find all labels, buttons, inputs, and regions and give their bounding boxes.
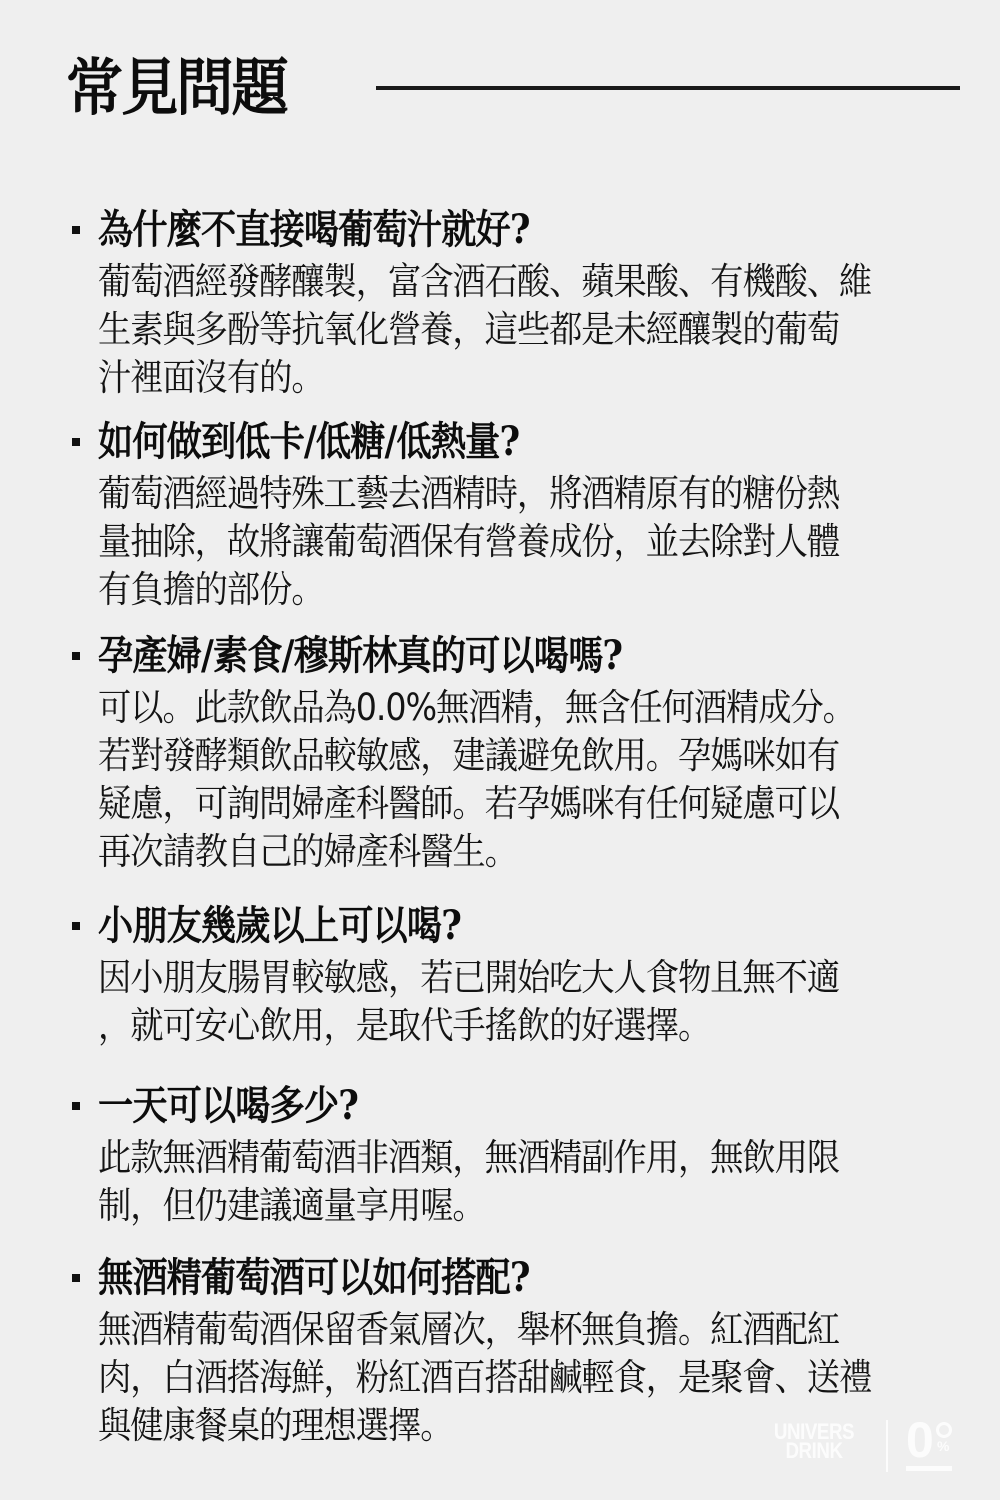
zero-digit: 0 [906, 1412, 934, 1468]
answer-line: 若對發酵類飲品較敏感，建議避免飲用。孕媽咪如有 [98, 732, 856, 780]
faq-answer: 因小朋友腸胃較敏感，若已開始吃大人食物且無不適 ，就可安心飲用，是取代手搖飲的好… [98, 954, 940, 1050]
answer-line: 再次請教自己的婦產科醫生。 [98, 828, 856, 876]
bullet-icon [72, 922, 80, 930]
zero-underline-bar [906, 1466, 952, 1471]
answer-line: 汁裡面沒有的。 [98, 354, 856, 402]
degree-ring-icon [936, 1422, 952, 1438]
page-header: 常見問題 [66, 48, 960, 128]
brand-line-2: DRINK [785, 1441, 842, 1460]
faq-item: 孕產婦/素食/穆斯林真的可以喝嗎? 可以。此款飲品為0.0%無酒精，無含任何酒精… [60, 628, 940, 876]
faq-item: 如何做到低卡/低糖/低熱量? 葡萄酒經過特殊工藝去酒精時，將酒精原有的糖份熱 量… [60, 414, 940, 614]
faq-answer: 葡萄酒經過特殊工藝去酒精時，將酒精原有的糖份熱 量抽除，故將讓葡萄酒保有營養成份… [98, 470, 940, 614]
faq-question-row: 小朋友幾歲以上可以喝? [60, 898, 940, 954]
answer-line: 肉，白酒搭海鮮，粉紅酒百搭甜鹹輕食，是聚會、送禮 [98, 1354, 856, 1402]
faq-answer: 此款無酒精葡萄酒非酒類，無酒精副作用，無飲用限 制，但仍建議適量享用喔。 [98, 1134, 940, 1230]
bullet-icon [72, 438, 80, 446]
answer-line: 此款無酒精葡萄酒非酒類，無酒精副作用，無飲用限 [98, 1134, 856, 1182]
logo-divider [886, 1420, 888, 1472]
brand-tagline-bar [813, 1462, 815, 1470]
faq-question-row: 一天可以喝多少? [60, 1078, 940, 1134]
answer-line: 生素與多酚等抗氧化營養，這些都是未經釀製的葡萄 [98, 306, 856, 354]
answer-line: 疑慮，可詢問婦產科醫師。若孕媽咪有任何疑慮可以 [98, 780, 856, 828]
answer-line: 與健康餐桌的理想選擇。 [98, 1402, 856, 1450]
bullet-icon [72, 1102, 80, 1110]
faq-item: 為什麼不直接喝葡萄汁就好? 葡萄酒經發酵釀製，富含酒石酸、蘋果酸、有機酸、維 生… [60, 202, 940, 402]
faq-question: 小朋友幾歲以上可以喝? [98, 898, 461, 954]
faq-question: 為什麼不直接喝葡萄汁就好? [98, 202, 530, 258]
bullet-icon [72, 226, 80, 234]
zero-percent-icon: 0 % [906, 1418, 956, 1474]
answer-line: 葡萄酒經過特殊工藝去酒精時，將酒精原有的糖份熱 [98, 470, 856, 518]
bullet-icon [72, 652, 80, 660]
faq-question-row: 如何做到低卡/低糖/低熱量? [60, 414, 940, 470]
answer-line: 量抽除，故將讓葡萄酒保有營養成份，並去除對人體 [98, 518, 856, 566]
faq-answer: 葡萄酒經發酵釀製，富含酒石酸、蘋果酸、有機酸、維 生素與多酚等抗氧化營養，這些都… [98, 258, 940, 402]
faq-item: 一天可以喝多少? 此款無酒精葡萄酒非酒類，無酒精副作用，無飲用限 制，但仍建議適… [60, 1078, 940, 1230]
page-title: 常見問題 [66, 48, 287, 128]
faq-question: 一天可以喝多少? [98, 1078, 358, 1134]
faq-question: 如何做到低卡/低糖/低熱量? [98, 414, 519, 470]
faq-question: 無酒精葡萄酒可以如何搭配? [98, 1250, 530, 1306]
answer-line: 可以。此款飲品為0.0%無酒精，無含任何酒精成分。 [98, 684, 856, 732]
faq-question-row: 孕產婦/素食/穆斯林真的可以喝嗎? [60, 628, 940, 684]
faq-item: 小朋友幾歲以上可以喝? 因小朋友腸胃較敏感，若已開始吃大人食物且無不適 ，就可安… [60, 898, 940, 1050]
answer-line: 有負擔的部份。 [98, 566, 856, 614]
faq-question: 孕產婦/素食/穆斯林真的可以喝嗎? [98, 628, 622, 684]
brand-wordmark: UNIVERS DRINK [766, 1422, 861, 1470]
brand-logo: UNIVERS DRINK 0 % [758, 1416, 968, 1476]
answer-line: 無酒精葡萄酒保留香氣層次，舉杯無負擔。紅酒配紅 [98, 1306, 856, 1354]
title-divider-line [376, 86, 960, 90]
faq-answer: 可以。此款飲品為0.0%無酒精，無含任何酒精成分。 若對發酵類飲品較敏感，建議避… [98, 684, 940, 876]
answer-line: 制，但仍建議適量享用喔。 [98, 1182, 856, 1230]
faq-question-row: 無酒精葡萄酒可以如何搭配? [60, 1250, 940, 1306]
answer-line: ，就可安心飲用，是取代手搖飲的好選擇。 [98, 1002, 856, 1050]
answer-line: 因小朋友腸胃較敏感，若已開始吃大人食物且無不適 [98, 954, 856, 1002]
bullet-icon [72, 1274, 80, 1282]
percent-sign: % [937, 1438, 949, 1454]
answer-line: 葡萄酒經發酵釀製，富含酒石酸、蘋果酸、有機酸、維 [98, 258, 856, 306]
faq-question-row: 為什麼不直接喝葡萄汁就好? [60, 202, 940, 258]
